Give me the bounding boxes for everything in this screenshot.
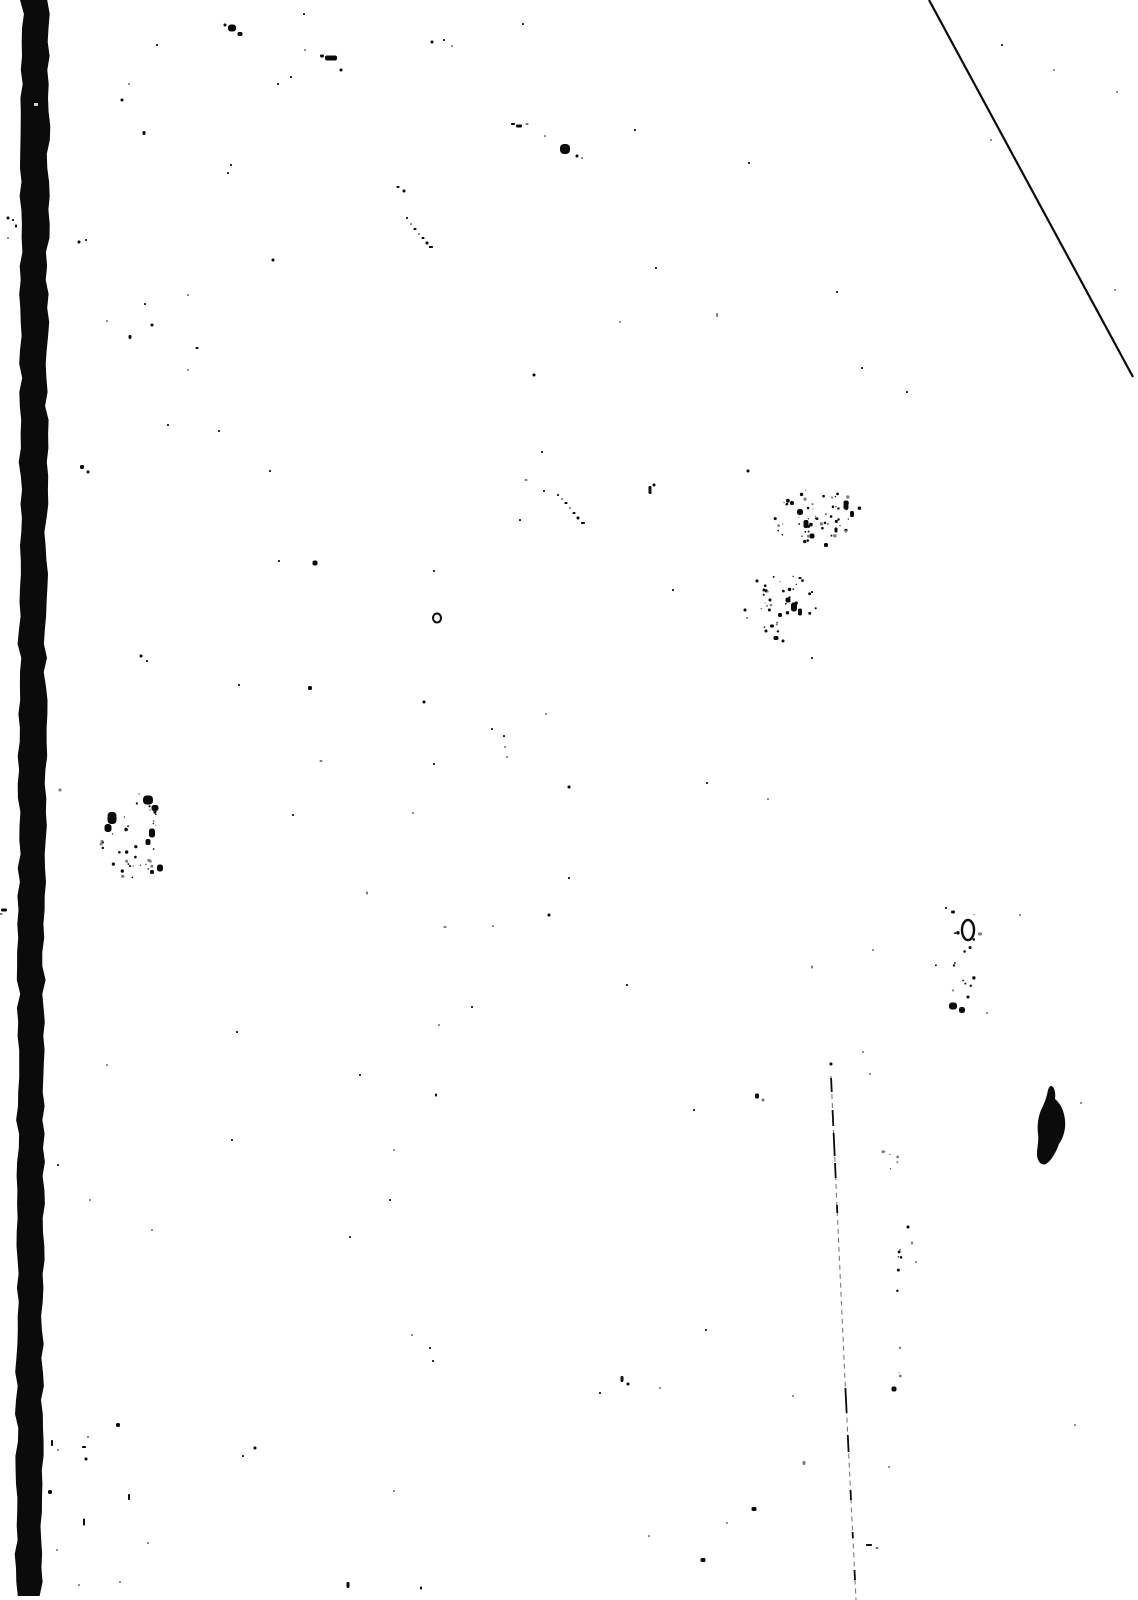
left-gutter-scan-bar: [15, 0, 51, 1596]
noise-specks: [0, 13, 1118, 1590]
ring-marks: [433, 614, 974, 941]
scanned-blank-page: [0, 0, 1138, 1600]
ink-blot: [1037, 1086, 1065, 1164]
vertical-film-scratch-line: [831, 1076, 856, 1600]
corner-diagonal-scratch-line: [929, 0, 1133, 377]
scan-artifacts-canvas: [0, 0, 1138, 1600]
